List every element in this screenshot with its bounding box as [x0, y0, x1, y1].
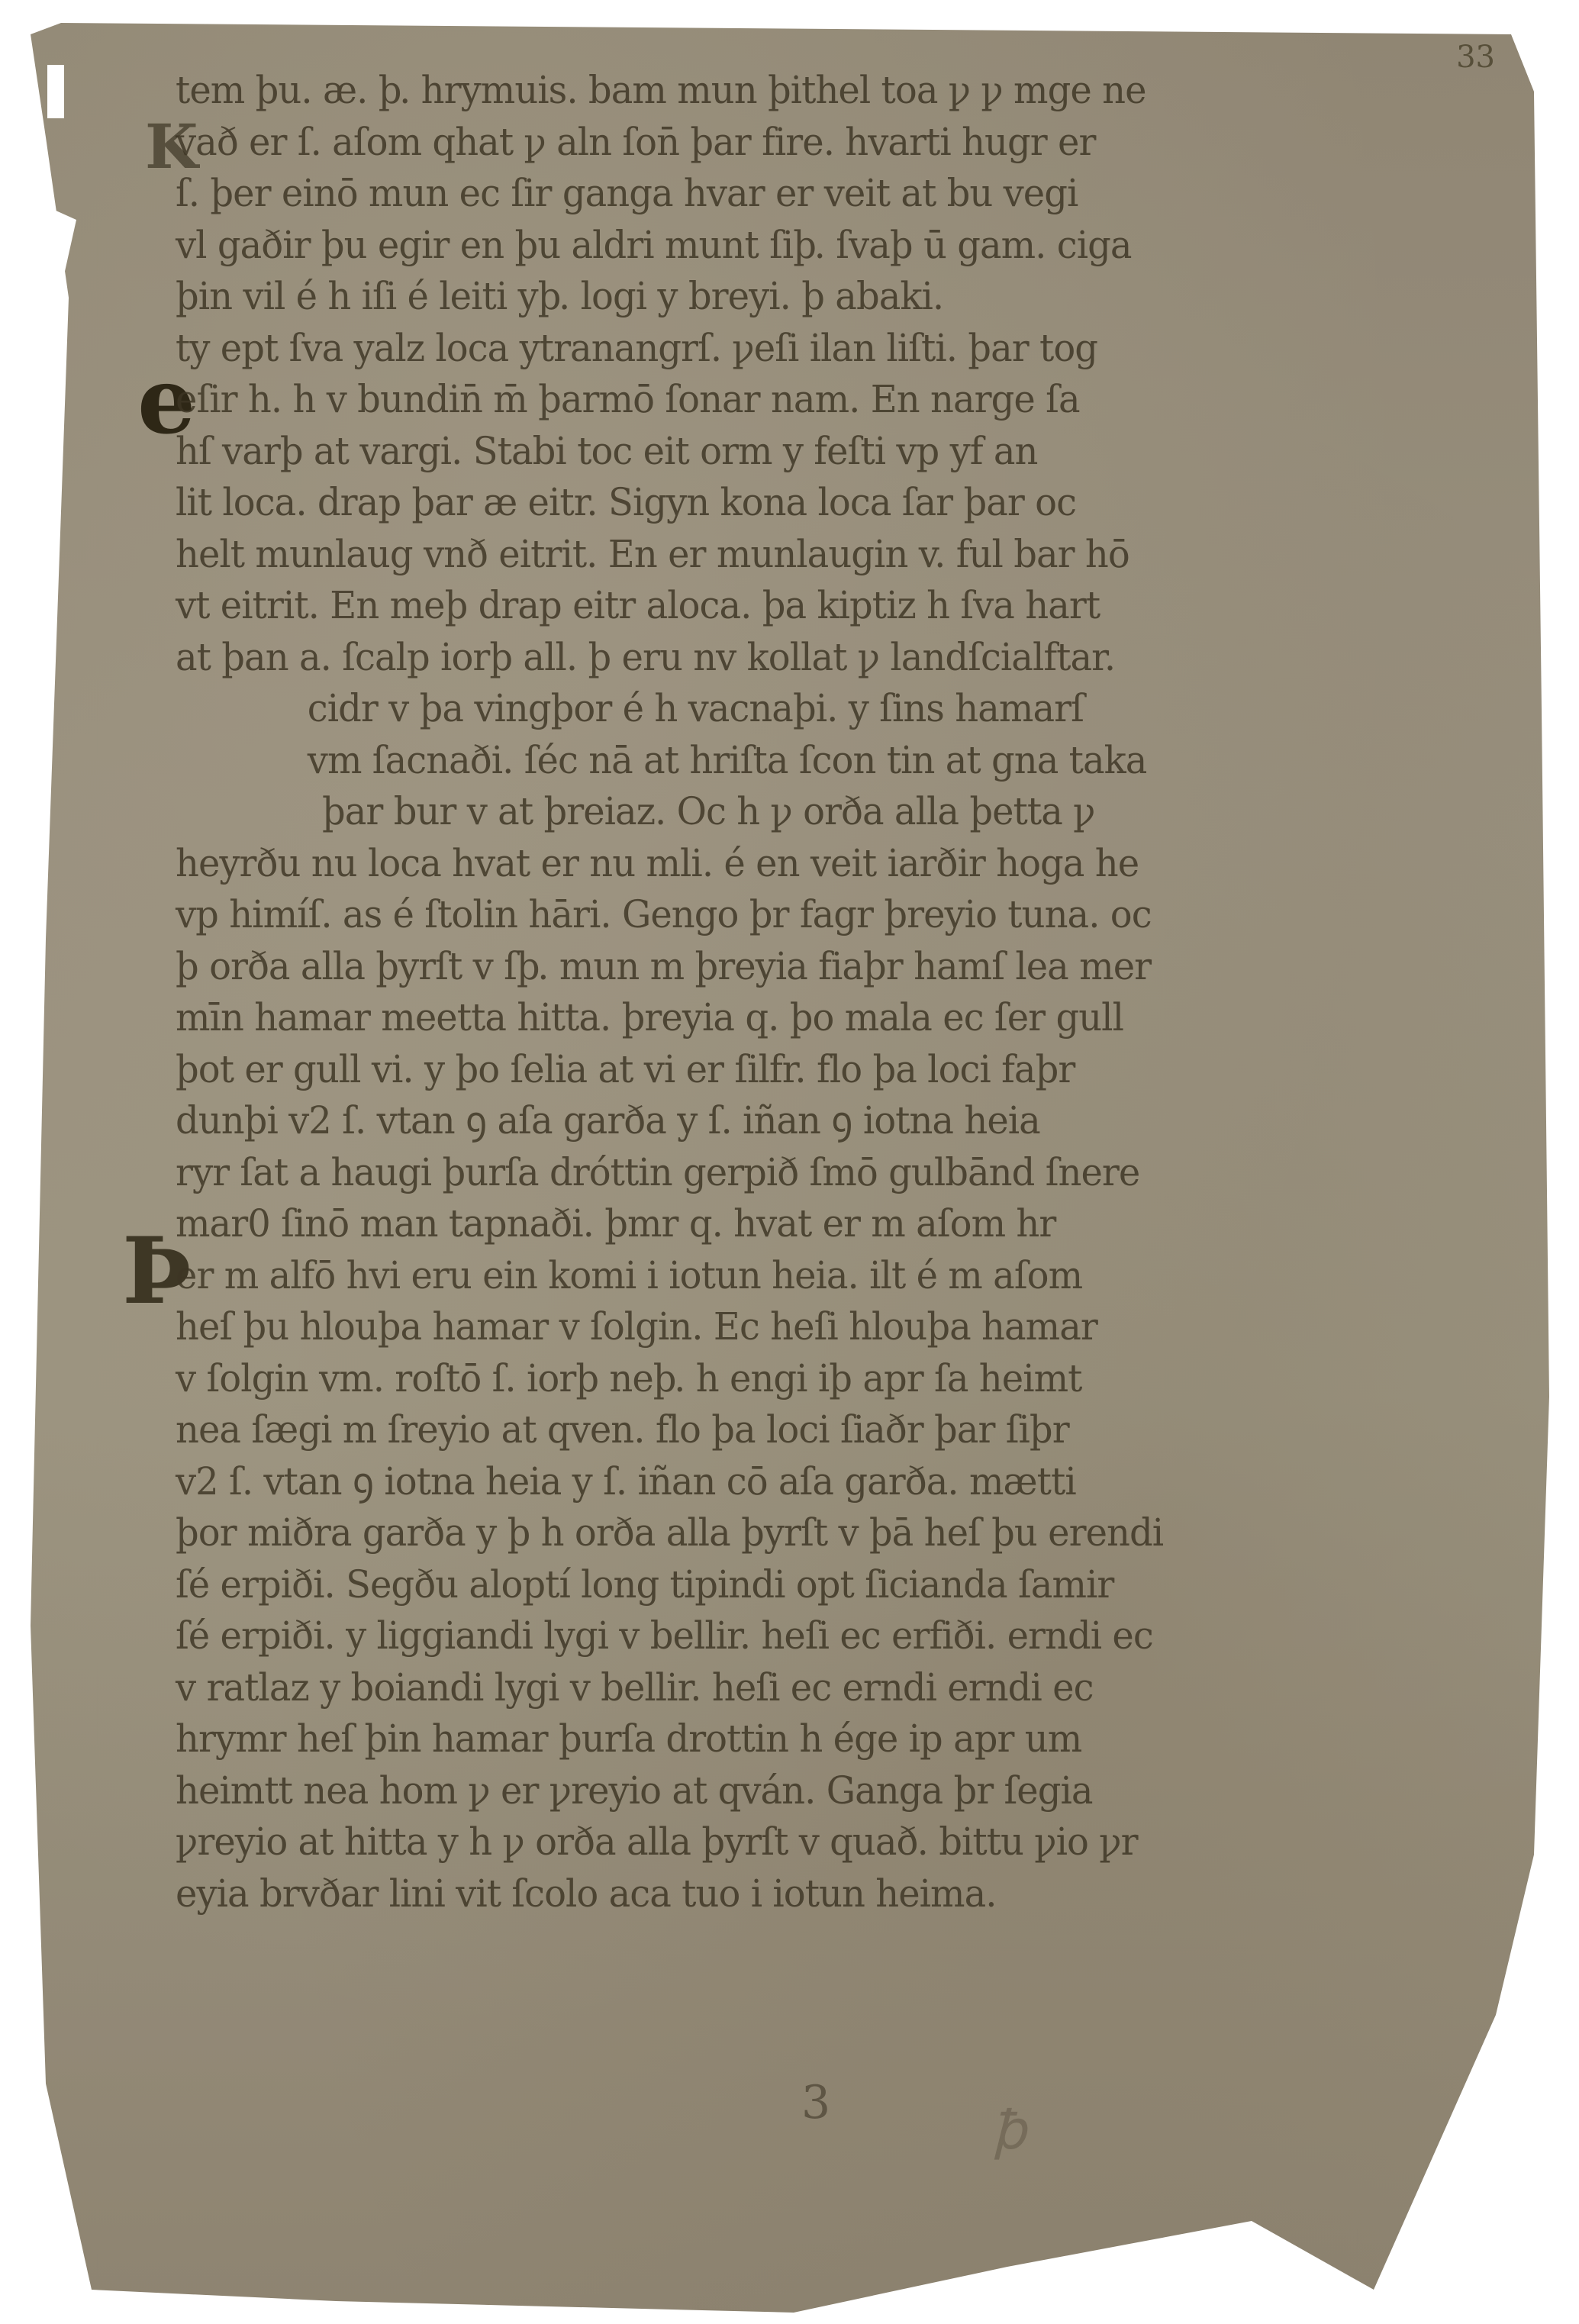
text-line: mīn hamar meetta hitta. þreyia q. þo mal… — [176, 992, 1421, 1044]
text-line: þar bur v at þreiaz. Oc h ꝩ orða alla þe… — [176, 786, 1421, 838]
text-line: vt eitrit. En meþ drap eitr aloca. þa ki… — [176, 580, 1421, 632]
text-line: er m alfō hvi eru ein komi i iotun heia.… — [176, 1250, 1421, 1302]
text-line: þot er gull vi. y þo ſelia at vi er ſilf… — [176, 1044, 1421, 1096]
text-line: hrymr heſ þin hamar þurſa drottin h ége … — [176, 1713, 1421, 1765]
text-line: eſir h. h v bundin̄ m̄ þarmō ſonar nam. … — [176, 374, 1421, 426]
text-line: hſ varþ at vargi. Stabi toc eit orm y fe… — [176, 426, 1421, 478]
text-line: heimtt nea hom ꝩ er ꝩreyio at qván. Gang… — [176, 1765, 1421, 1817]
parchment-edge-notch — [0, 237, 46, 328]
text-line: vm ſacnaði. ſéc nā at hriſta ſcon tin at… — [176, 735, 1421, 787]
text-line: dunþi v2 ſ. vtan ꝯ aſa garða y ſ. iñan ꝯ… — [176, 1095, 1421, 1147]
text-line: ꝩreyio at hitta y h ꝩ orða alla þyrſt v … — [176, 1816, 1421, 1868]
text-line: heſ þu hlouþa hamar v ſolgin. Ec heſi hl… — [176, 1301, 1421, 1353]
text-line: þin vil é h iſi é leiti yþ. logi y breyi… — [176, 271, 1421, 323]
text-line: at þan a. ſcalp iorþ all. þ eru nv kolla… — [176, 632, 1421, 684]
text-line: vl gaðir þu egir en þu aldri munt ſiþ. ſ… — [176, 220, 1421, 272]
text-line: lit loca. drap þar æ eitr. Sigyn kona lo… — [176, 477, 1421, 529]
text-line: ſ. þer einō mun ec ſir ganga hvar er vei… — [176, 168, 1421, 220]
manuscript-text: tem þu. æ. þ. hrymuis. bam mun þithel to… — [176, 65, 1473, 1919]
text-line: þ orða alla þyrſt v ſþ. mun m þreyia fia… — [176, 941, 1421, 993]
text-line: þor miðra garða y þ h orða alla þyrſt v … — [176, 1507, 1421, 1559]
marginal-scribble: ꝥ — [992, 2099, 1026, 2161]
text-line: helt munlaug vnð eitrit. En er munlaugin… — [176, 529, 1421, 581]
text-line: eyia brvðar lini vit ſcolo aca tuo i iot… — [176, 1868, 1421, 1920]
text-line: mar0 ſinō man tapnaði. þmr q. hvat er m … — [176, 1198, 1421, 1250]
bottom-mark: 3 — [801, 2076, 830, 2129]
text-line: vp himíſ. as é ſtolin hāri. Gengo þr fag… — [176, 889, 1421, 941]
text-line: v ratlaz y boiandi lygi v bellir. heſi e… — [176, 1662, 1421, 1714]
text-line: ſé erpiði. Segðu aloptí long tipindi opt… — [176, 1559, 1421, 1611]
text-line: tem þu. æ. þ. hrymuis. bam mun þithel to… — [176, 65, 1421, 117]
text-line: vað er ſ. aſom qhat ꝩ aln ſon̄ þar fire.… — [176, 117, 1421, 169]
text-line: v ſolgin vm. roſtō ſ. iorþ neþ. h engi i… — [176, 1353, 1421, 1405]
text-line: nea ſægi m ſreyio at qven. flo þa loci ſ… — [176, 1404, 1421, 1456]
text-line: ty ept ſva yalz loca ytranangrſ. ꝩeſi il… — [176, 323, 1421, 375]
text-line: ryr ſat a haugi þurſa dróttin gerpið ſmō… — [176, 1147, 1421, 1199]
text-line: cidr v þa vingþor é h vacnaþi. y ſins ha… — [176, 683, 1421, 735]
text-line: heyrðu nu loca hvat er nu mli. é en veit… — [176, 838, 1421, 890]
parchment-damage — [47, 65, 64, 118]
text-line: v2 ſ. vtan ꝯ iotna heia y ſ. iñan cō aſa… — [176, 1456, 1421, 1508]
text-line: ſé erpiði. y liggiandi lygi v bellir. he… — [176, 1610, 1421, 1662]
